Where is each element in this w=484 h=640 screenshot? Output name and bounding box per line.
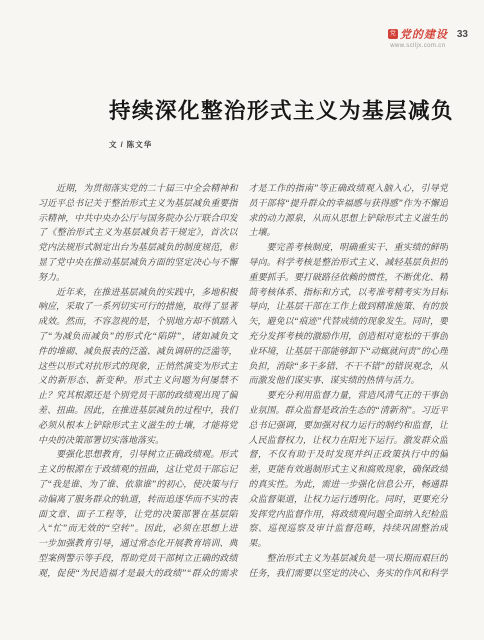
page-header: 党 党的建设 www.sclljx.com.cn 33 xyxy=(388,26,468,49)
article-body: 近期，为贯彻落实党的二十届三中全会精神和习近平总书记关于整治形式主义为基层减负重… xyxy=(38,181,448,588)
title-block: 持续深化整治形式主义为基层减负 文 / 陈文华 xyxy=(109,94,454,150)
article-paragraph: 近期，为贯彻落实党的二十届三中全会精神和习近平总书记关于整治形式主义为基层减负重… xyxy=(38,181,238,285)
magazine-website: www.sclljx.com.cn xyxy=(388,43,448,49)
article-paragraph: 要充分利用监督力量，营造风清气正的干事创业氛围。群众监督是政治生态的“清新剂”。… xyxy=(249,388,449,551)
magazine-page: 党 党的建设 www.sclljx.com.cn 33 持续深化整治形式主义为基… xyxy=(0,0,484,640)
article-paragraph: 要完善考核制度，明确重实干、重实绩的鲜明导向。科学考核是整治形式主义、减轻基层负… xyxy=(249,240,449,388)
article-paragraph: 近年来，在推进基层减负的实践中，多地积极响应，采取了一系列切实可行的措施，取得了… xyxy=(38,285,238,448)
logo-seal-icon: 党 xyxy=(388,29,398,39)
article-title: 持续深化整治形式主义为基层减负 xyxy=(109,94,454,125)
page-number: 33 xyxy=(457,29,468,40)
magazine-logo: 党 党的建设 www.sclljx.com.cn xyxy=(388,26,448,49)
article-byline: 文 / 陈文华 xyxy=(109,139,454,150)
magazine-logo-text: 党的建设 xyxy=(400,26,448,42)
